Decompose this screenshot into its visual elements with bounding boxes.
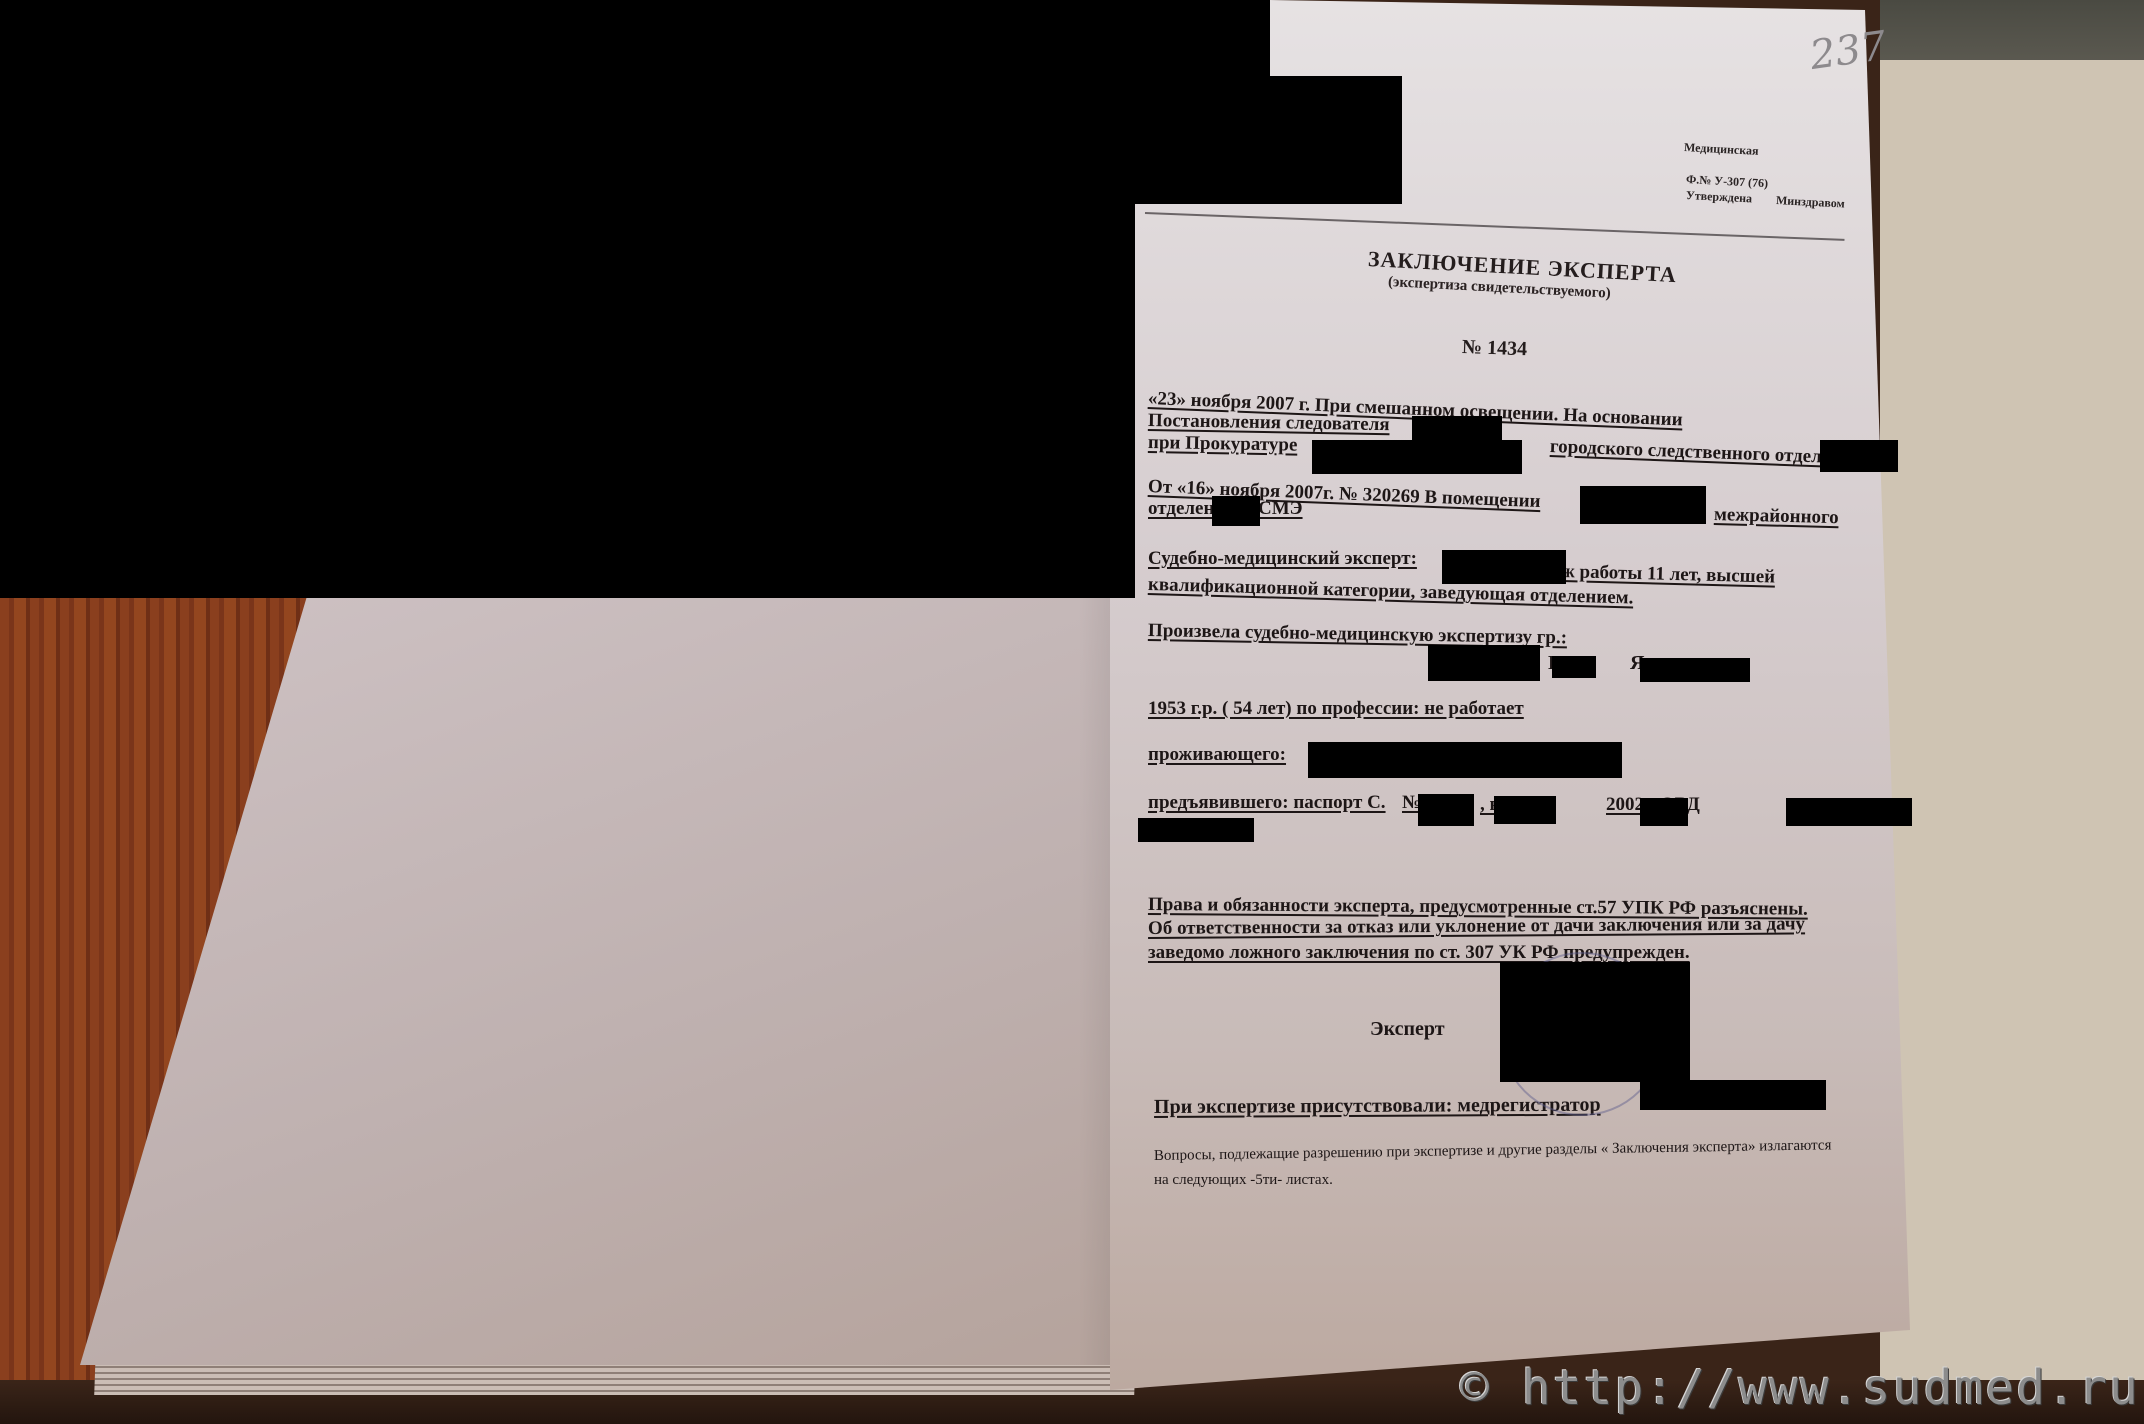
redaction-bar <box>1442 550 1566 584</box>
redaction-bar <box>1786 798 1912 826</box>
interdistrict-label: межрайонного <box>1714 504 1839 529</box>
birth-year-line: 1953 г.р. ( 54 лет) по профессии: не раб… <box>1148 698 1524 720</box>
redaction-bar <box>1552 656 1596 678</box>
redaction-block <box>0 203 1135 598</box>
expert-label: Судебно-медицинский эксперт: <box>1148 548 1417 570</box>
residence-label: проживающего: <box>1148 744 1286 766</box>
redaction-bar <box>1640 658 1750 682</box>
redaction-bar <box>1212 496 1260 526</box>
redaction-bar <box>1138 818 1254 842</box>
questions-line: Вопросы, подлежащие разрешению при экспе… <box>1154 1137 1832 1165</box>
responsibility-line: Об ответственности за отказ или уклонени… <box>1148 913 1805 940</box>
sheets-line: на следующих -5ти- листах. <box>1154 1172 1333 1189</box>
redaction-bar <box>1500 962 1690 1082</box>
redaction-bar <box>1640 798 1688 826</box>
redaction-bar <box>1312 440 1522 474</box>
redaction-bar <box>1580 486 1706 524</box>
redaction-bar <box>1308 742 1622 778</box>
investigation-dept-line: городского следственного отдела <box>1550 436 1832 469</box>
expert-signature-label: Эксперт <box>1370 1018 1445 1041</box>
redaction-bar <box>1640 1080 1826 1110</box>
redaction-bar <box>1428 645 1540 681</box>
passport-label: предъявившего: паспорт С. <box>1148 792 1386 814</box>
watermark-text: © http://www.sudmed.ru <box>1460 1360 2140 1416</box>
redaction-block <box>0 0 1270 77</box>
redaction-bar <box>1418 794 1474 826</box>
prosecutor-line: при Прокуратуре <box>1148 432 1298 457</box>
redaction-bar <box>1820 440 1898 472</box>
sme-label: СМЭ <box>1258 498 1303 520</box>
redaction-bar <box>1494 796 1556 824</box>
